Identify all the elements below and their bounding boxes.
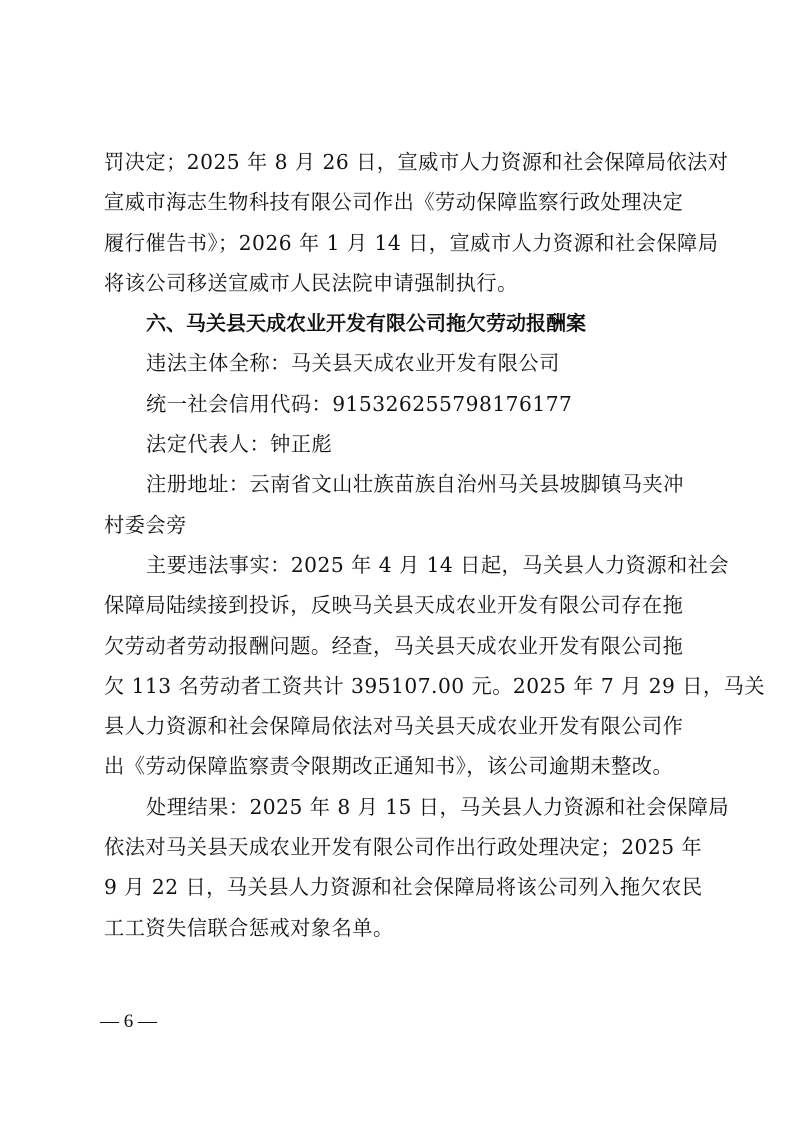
- violation-facts-paragraph: 主要违法事实：2025 年 4 月 14 日起，马关县人力资源和社会: [104, 545, 692, 585]
- registered-address-field: 注册地址：云南省文山壮族苗族自治州马关县坡脚镇马夹冲: [104, 464, 692, 504]
- text-line: 9 月 22 日，马关县人力资源和社会保障局将该公司列入拖欠农民: [104, 867, 692, 907]
- text-line: 欠劳动者劳动报酬问题。经查，马关县天成农业开发有限公司拖: [104, 626, 692, 666]
- text-line: 将该公司移送宣威市人民法院申请强制执行。: [104, 263, 692, 303]
- text-line: 罚决定；2025 年 8 月 26 日，宣威市人力资源和社会保障局依法对: [104, 142, 692, 182]
- text-line: 县人力资源和社会保障局依法对马关县天成农业开发有限公司作: [104, 706, 692, 746]
- text-line: 依法对马关县天成农业开发有限公司作出行政处理决定；2025 年: [104, 827, 692, 867]
- text-line: 宣威市海志生物科技有限公司作出《劳动保障监察行政处理决定: [104, 182, 692, 222]
- handling-result-paragraph: 处理结果：2025 年 8 月 15 日，马关县人力资源和社会保障局: [104, 787, 692, 827]
- text-line: 履行催告书》；2026 年 1 月 14 日，宣威市人力资源和社会保障局: [104, 223, 692, 263]
- text-line: 保障局陆续接到投诉，反映马关县天成农业开发有限公司存在拖: [104, 585, 692, 625]
- credit-code-field: 统一社会信用代码：915326255798176177: [104, 384, 692, 424]
- legal-representative-field: 法定代表人：钟正彪: [104, 424, 692, 464]
- document-page: 罚决定；2025 年 8 月 26 日，宣威市人力资源和社会保障局依法对 宣威市…: [0, 0, 794, 1123]
- page-number: — 6 —: [100, 1008, 157, 1036]
- text-line: 工工资失信联合惩戒对象名单。: [104, 908, 692, 948]
- registered-address-continuation: 村委会旁: [104, 505, 692, 545]
- entity-name-field: 违法主体全称：马关县天成农业开发有限公司: [104, 343, 692, 383]
- text-line: 出《劳动保障监察责令限期改正通知书》，该公司逾期未整改。: [104, 746, 692, 786]
- document-body: 罚决定；2025 年 8 月 26 日，宣威市人力资源和社会保障局依法对 宣威市…: [104, 142, 692, 948]
- text-line: 欠 113 名劳动者工资共计 395107.00 元。2025 年 7 月 29…: [104, 666, 692, 706]
- section-heading: 六、马关县天成农业开发有限公司拖欠劳动报酬案: [104, 303, 692, 343]
